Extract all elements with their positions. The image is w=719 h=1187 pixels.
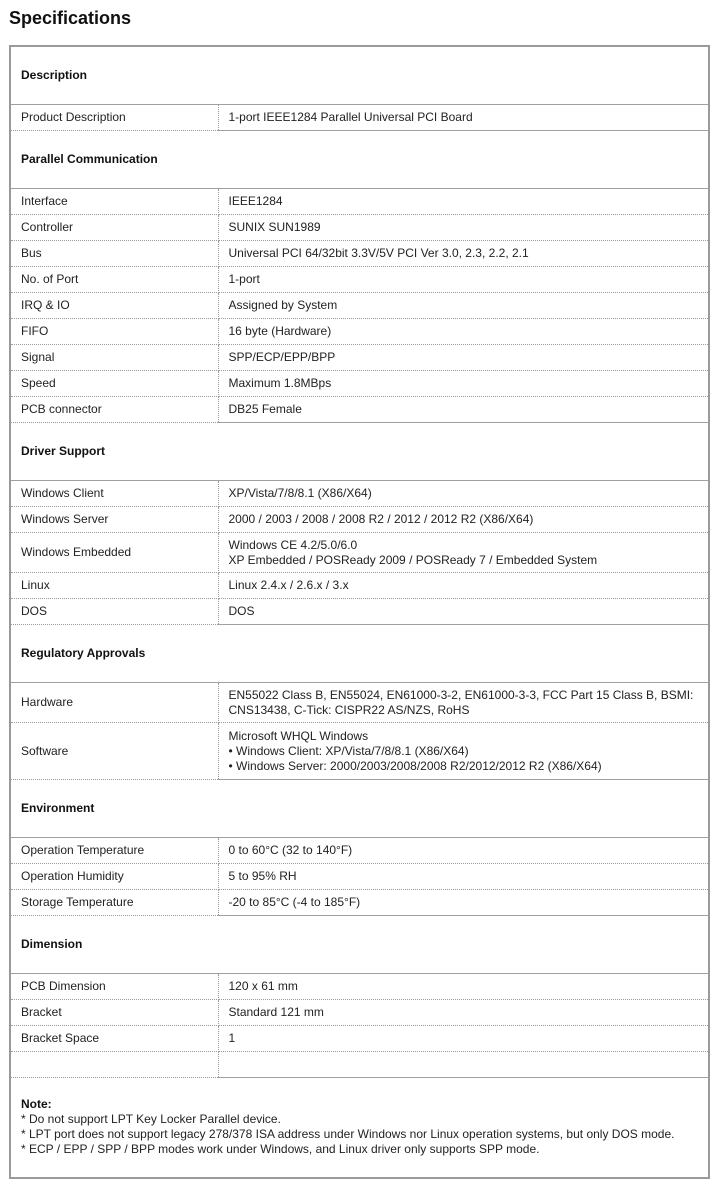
spec-label: IRQ & IO xyxy=(11,293,218,319)
spec-value: IEEE1284 xyxy=(218,189,708,215)
spec-value: Maximum 1.8MBps xyxy=(218,371,708,397)
spec-label: Product Description xyxy=(11,105,218,131)
spec-value-line: 16 byte (Hardware) xyxy=(229,324,709,339)
table-row: Operation Humidity5 to 95% RH xyxy=(11,864,708,890)
spec-label: PCB connector xyxy=(11,397,218,423)
spec-label: DOS xyxy=(11,599,218,625)
spec-label: Bus xyxy=(11,241,218,267)
section-heading: Parallel Communication xyxy=(11,131,708,189)
note-item: * Do not support LPT Key Locker Parallel… xyxy=(21,1112,698,1127)
spec-value-line: -20 to 85°C (-4 to 185°F) xyxy=(229,895,709,910)
spec-value: DOS xyxy=(218,599,708,625)
spec-value: Standard 121 mm xyxy=(218,1000,708,1026)
spec-value: Linux 2.4.x / 2.6.x / 3.x xyxy=(218,573,708,599)
table-row: LinuxLinux 2.4.x / 2.6.x / 3.x xyxy=(11,573,708,599)
table-row: Windows Server2000 / 2003 / 2008 / 2008 … xyxy=(11,507,708,533)
spec-value-line: 5 to 95% RH xyxy=(229,869,709,884)
spec-label: Bracket xyxy=(11,1000,218,1026)
spec-value-line: IEEE1284 xyxy=(229,194,709,209)
table-row: DOSDOS xyxy=(11,599,708,625)
spec-value-line: 1-port xyxy=(229,272,709,287)
spec-value-line: Maximum 1.8MBps xyxy=(229,376,709,391)
table-row: Operation Temperature0 to 60°C (32 to 14… xyxy=(11,838,708,864)
table-row: SignalSPP/ECP/EPP/BPP xyxy=(11,345,708,371)
spec-value: 120 x 61 mm xyxy=(218,974,708,1000)
note-title: Note: xyxy=(21,1097,698,1112)
table-row: Windows ClientXP/Vista/7/8/8.1 (X86/X64) xyxy=(11,481,708,507)
spec-label: Operation Humidity xyxy=(11,864,218,890)
table-row: Windows EmbeddedWindows CE 4.2/5.0/6.0XP… xyxy=(11,533,708,573)
spec-label: PCB Dimension xyxy=(11,974,218,1000)
spec-value-line: XP/Vista/7/8/8.1 (X86/X64) xyxy=(229,486,709,501)
spec-value-line: Universal PCI 64/32bit 3.3V/5V PCI Ver 3… xyxy=(229,246,709,261)
spec-value: Universal PCI 64/32bit 3.3V/5V PCI Ver 3… xyxy=(218,241,708,267)
section-heading-row: Regulatory Approvals xyxy=(11,625,708,683)
section-heading: Regulatory Approvals xyxy=(11,625,708,683)
section-heading-row: Parallel Communication xyxy=(11,131,708,189)
table-row: IRQ & IOAssigned by System xyxy=(11,293,708,319)
spec-value-line: 1 xyxy=(229,1031,709,1046)
spec-value: 1 xyxy=(218,1026,708,1052)
spec-value-line: • Windows Client: XP/Vista/7/8/8.1 (X86/… xyxy=(229,744,709,759)
spec-label: Storage Temperature xyxy=(11,890,218,916)
spec-label: Interface xyxy=(11,189,218,215)
spec-value-line: 120 x 61 mm xyxy=(229,979,709,994)
spec-label: Controller xyxy=(11,215,218,241)
spec-value: SUNIX SUN1989 xyxy=(218,215,708,241)
spec-value: -20 to 85°C (-4 to 185°F) xyxy=(218,890,708,916)
spec-value: 1-port IEEE1284 Parallel Universal PCI B… xyxy=(218,105,708,131)
table-row: InterfaceIEEE1284 xyxy=(11,189,708,215)
table-row: Storage Temperature-20 to 85°C (-4 to 18… xyxy=(11,890,708,916)
spec-table-body: DescriptionProduct Description1-port IEE… xyxy=(11,47,708,1078)
spec-value-line: Linux 2.4.x / 2.6.x / 3.x xyxy=(229,578,709,593)
spec-value: Assigned by System xyxy=(218,293,708,319)
spec-value-line: 1-port IEEE1284 Parallel Universal PCI B… xyxy=(229,110,709,125)
spec-value-line: Assigned by System xyxy=(229,298,709,313)
table-row: FIFO16 byte (Hardware) xyxy=(11,319,708,345)
spec-value: 1-port xyxy=(218,267,708,293)
spec-value-line: Windows CE 4.2/5.0/6.0 xyxy=(229,538,709,553)
spec-label xyxy=(11,1052,218,1078)
spec-value-line: SPP/ECP/EPP/BPP xyxy=(229,350,709,365)
spec-value-line: Microsoft WHQL Windows xyxy=(229,729,709,744)
spec-label: Operation Temperature xyxy=(11,838,218,864)
table-row: Product Description1-port IEEE1284 Paral… xyxy=(11,105,708,131)
spec-label: Bracket Space xyxy=(11,1026,218,1052)
spec-label: Hardware xyxy=(11,683,218,723)
table-row xyxy=(11,1052,708,1078)
table-row: BusUniversal PCI 64/32bit 3.3V/5V PCI Ve… xyxy=(11,241,708,267)
section-heading-row: Description xyxy=(11,47,708,105)
spec-label: Signal xyxy=(11,345,218,371)
spec-value xyxy=(218,1052,708,1078)
spec-value: XP/Vista/7/8/8.1 (X86/X64) xyxy=(218,481,708,507)
spec-label: Windows Client xyxy=(11,481,218,507)
spec-value-line: XP Embedded / POSReady 2009 / POSReady 7… xyxy=(229,553,709,568)
spec-label: Software xyxy=(11,723,218,780)
spec-value: 5 to 95% RH xyxy=(218,864,708,890)
table-row: PCB connectorDB25 Female xyxy=(11,397,708,423)
section-heading: Dimension xyxy=(11,916,708,974)
table-row: SoftwareMicrosoft WHQL Windows• Windows … xyxy=(11,723,708,780)
spec-value: Microsoft WHQL Windows• Windows Client: … xyxy=(218,723,708,780)
note-item: * ECP / EPP / SPP / BPP modes work under… xyxy=(21,1142,698,1157)
spec-value-line: CNS13438, C-Tick: CISPR22 AS/NZS, RoHS xyxy=(229,703,709,718)
section-heading: Driver Support xyxy=(11,423,708,481)
spec-value-line: Standard 121 mm xyxy=(229,1005,709,1020)
note-item: * LPT port does not support legacy 278/3… xyxy=(21,1127,698,1142)
spec-value: 2000 / 2003 / 2008 / 2008 R2 / 2012 / 20… xyxy=(218,507,708,533)
table-row: PCB Dimension120 x 61 mm xyxy=(11,974,708,1000)
spec-label: No. of Port xyxy=(11,267,218,293)
spec-value: DB25 Female xyxy=(218,397,708,423)
specifications-table: DescriptionProduct Description1-port IEE… xyxy=(9,45,710,1179)
spec-value-line: DOS xyxy=(229,604,709,619)
spec-value-line: DB25 Female xyxy=(229,402,709,417)
section-heading-row: Environment xyxy=(11,780,708,838)
table-row: ControllerSUNIX SUN1989 xyxy=(11,215,708,241)
table-row: SpeedMaximum 1.8MBps xyxy=(11,371,708,397)
section-heading: Description xyxy=(11,47,708,105)
spec-label: Speed xyxy=(11,371,218,397)
spec-value: 16 byte (Hardware) xyxy=(218,319,708,345)
table-row: BracketStandard 121 mm xyxy=(11,1000,708,1026)
section-heading-row: Driver Support xyxy=(11,423,708,481)
page-title: Specifications xyxy=(9,8,131,29)
spec-value-line: SUNIX SUN1989 xyxy=(229,220,709,235)
spec-value-line: 0 to 60°C (32 to 140°F) xyxy=(229,843,709,858)
spec-label: Windows Server xyxy=(11,507,218,533)
note-section: Note: * Do not support LPT Key Locker Pa… xyxy=(11,1078,708,1177)
spec-value: Windows CE 4.2/5.0/6.0XP Embedded / POSR… xyxy=(218,533,708,573)
section-heading-row: Dimension xyxy=(11,916,708,974)
spec-value-line: 2000 / 2003 / 2008 / 2008 R2 / 2012 / 20… xyxy=(229,512,709,527)
table-row: Bracket Space1 xyxy=(11,1026,708,1052)
spec-value-line: • Windows Server: 2000/2003/2008/2008 R2… xyxy=(229,759,709,774)
section-heading: Environment xyxy=(11,780,708,838)
spec-value: 0 to 60°C (32 to 140°F) xyxy=(218,838,708,864)
table-row: No. of Port1-port xyxy=(11,267,708,293)
table-row: HardwareEN55022 Class B, EN55024, EN6100… xyxy=(11,683,708,723)
spec-label: Linux xyxy=(11,573,218,599)
spec-label: Windows Embedded xyxy=(11,533,218,573)
spec-label: FIFO xyxy=(11,319,218,345)
spec-table: DescriptionProduct Description1-port IEE… xyxy=(11,47,708,1078)
spec-value: EN55022 Class B, EN55024, EN61000-3-2, E… xyxy=(218,683,708,723)
spec-value: SPP/ECP/EPP/BPP xyxy=(218,345,708,371)
spec-value-line: EN55022 Class B, EN55024, EN61000-3-2, E… xyxy=(229,688,709,703)
